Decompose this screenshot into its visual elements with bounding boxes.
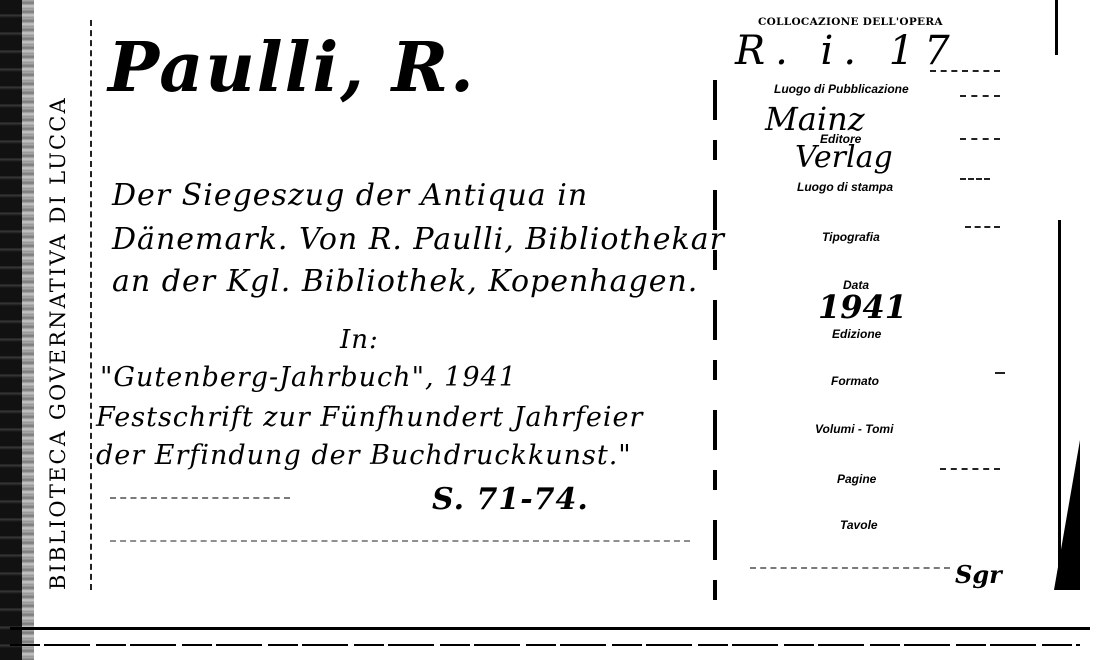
in-label: In: xyxy=(340,325,379,355)
field-tipografia-label: Tipografia xyxy=(822,230,880,244)
field-luogo-pubblicazione-label: Luogo di Pubblicazione xyxy=(774,82,909,96)
page-range: S. 71-74. xyxy=(432,482,589,517)
ruling-line xyxy=(960,178,990,180)
title-line-2: Dänemark. Von R. Paulli, Bibliothekar xyxy=(112,222,725,257)
card-right-edge xyxy=(1055,0,1058,55)
cataloguer-initials: Sgr xyxy=(955,560,1002,589)
catalog-card: BIBLIOTECA GOVERNATIVA DI LUCCA Paulli, … xyxy=(0,0,1100,660)
source-line-1: "Gutenberg-Jahrbuch", 1941 xyxy=(100,362,517,393)
ruling-line xyxy=(110,540,690,542)
title-line-3: an der Kgl. Bibliothek, Kopenhagen. xyxy=(112,264,698,299)
ruling-line xyxy=(960,95,1000,97)
ruling-line xyxy=(750,567,950,569)
ruling-line xyxy=(960,138,1000,140)
bottom-rule xyxy=(10,627,1090,630)
card-binding-shadow xyxy=(22,0,34,660)
source-line-2: Festschrift zur Fünfhundert Jahrfeier xyxy=(96,402,643,433)
source-line-3: der Erfindung der Buchdruckkunst." xyxy=(96,440,632,471)
collocazione-value: R. i. 17 xyxy=(735,28,960,74)
field-editore-value: Verlag xyxy=(795,140,893,175)
library-name: BIBLIOTECA GOVERNATIVA DI LUCCA xyxy=(46,0,70,590)
form-divider xyxy=(713,80,717,600)
card-corner-shadow xyxy=(1054,440,1080,590)
ruling-line xyxy=(995,372,1005,374)
collocazione-label: COLLOCAZIONE DELL'OPERA xyxy=(758,16,943,28)
field-luogo-stampa-label: Luogo di stampa xyxy=(797,180,893,194)
card-binding-edge xyxy=(0,0,22,660)
field-volumi-tomi-label: Volumi - Tomi xyxy=(815,422,893,436)
bottom-rule xyxy=(10,644,1080,646)
ruling-line xyxy=(965,226,1000,228)
ruling-line xyxy=(940,468,1000,470)
author-name: Paulli, R. xyxy=(108,28,476,108)
field-data-value: 1941 xyxy=(818,288,907,326)
field-edizione-label: Edizione xyxy=(832,327,881,341)
title-line-1: Der Siegeszug der Antiqua in xyxy=(112,178,588,213)
field-pagine-label: Pagine xyxy=(837,472,876,486)
left-margin-rule xyxy=(90,20,92,590)
field-tavole-label: Tavole xyxy=(840,518,878,532)
ruling-line xyxy=(110,497,290,499)
field-formato-label: Formato xyxy=(831,374,879,388)
